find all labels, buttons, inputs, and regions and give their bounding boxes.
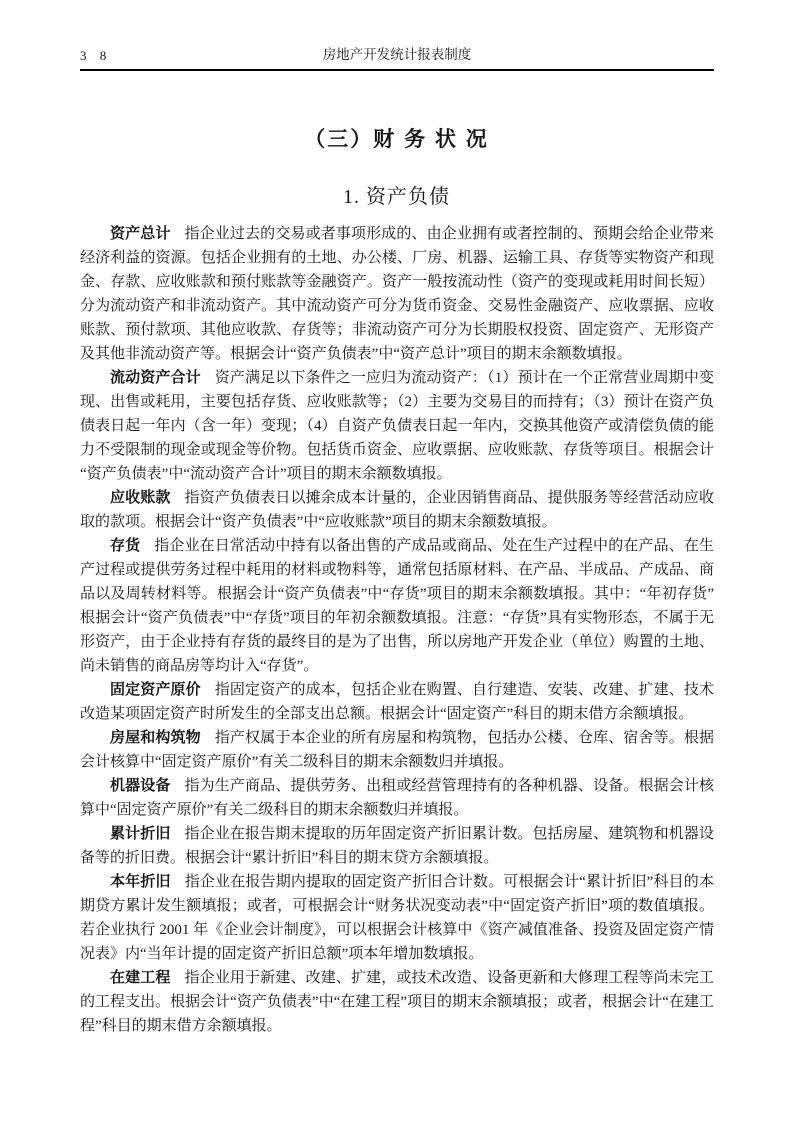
term-label: 固定资产原价 [110, 681, 201, 698]
definition-paragraph: 流动资产合计资产满足以下条件之一应归为流动资产：（1）预计在一个正常营业周期中变… [80, 366, 714, 486]
section-title: （三）财 务 状 况 [0, 123, 793, 153]
term-definition: 指企业在报告期内提取的固定资产折旧合计数。可根据会计“累计折旧”科目的本期贷方累… [80, 874, 714, 962]
header-rule [80, 69, 714, 71]
term-label: 应收账款 [110, 489, 171, 506]
page-number: 3 8 [80, 47, 111, 65]
definition-paragraph: 本年折旧指企业在报告期内提取的固定资产折旧合计数。可根据会计“累计折旧”科目的本… [80, 870, 714, 966]
term-label: 累计折旧 [110, 825, 171, 842]
term-definition: 指企业用于新建、改建、扩建，或技术改造、设备更新和大修理工程等尚未完工的工程支出… [80, 970, 714, 1034]
term-label: 本年折旧 [110, 873, 171, 890]
term-label: 资产总计 [110, 225, 171, 242]
term-definition: 指企业在日常活动中持有以备出售的产成品或商品、处在生产过程中的在产品、在生产过程… [80, 538, 714, 674]
definition-paragraph: 固定资产原价指固定资产的成本，包括企业在购置、自行建造、安装、改建、扩建、技术改… [80, 678, 714, 726]
header-title: 房地产开发统计报表制度 [323, 47, 472, 62]
term-label: 房屋和构筑物 [110, 729, 201, 746]
term-definition: 指资产负债表日以摊余成本计量的，企业因销售商品、提供服务等经营活动应收取的款项。… [80, 490, 714, 530]
term-label: 机器设备 [110, 777, 171, 794]
term-definition: 资产满足以下条件之一应归为流动资产：（1）预计在一个正常营业周期中变现、出售或耗… [80, 370, 714, 482]
definition-paragraph: 机器设备指为生产商品、提供劳务、出租或经营管理持有的各种机器、设备。根据会计核算… [80, 774, 714, 822]
term-label: 存货 [110, 537, 140, 554]
term-label: 流动资产合计 [110, 369, 201, 386]
definition-paragraph: 房屋和构筑物指产权属于本企业的所有房屋和构筑物，包括办公楼、仓库、宿舍等。根据会… [80, 726, 714, 774]
definition-paragraph: 在建工程指企业用于新建、改建、扩建，或技术改造、设备更新和大修理工程等尚未完工的… [80, 966, 714, 1038]
definition-paragraph: 存货指企业在日常活动中持有以备出售的产成品或商品、处在生产过程中的在产品、在生产… [80, 534, 714, 678]
definition-paragraph: 应收账款指资产负债表日以摊余成本计量的，企业因销售商品、提供服务等经营活动应收取… [80, 486, 714, 534]
term-definition: 指为生产商品、提供劳务、出租或经营管理持有的各种机器、设备。根据会计核算中“固定… [80, 778, 714, 818]
term-label: 在建工程 [110, 969, 171, 986]
page-header: 3 8 房地产开发统计报表制度 [80, 46, 714, 66]
definition-paragraph: 累计折旧指企业在报告期末提取的历年固定资产折旧累计数。包括房屋、建筑物和机器设备… [80, 822, 714, 870]
term-definition: 指企业在报告期末提取的历年固定资产折旧累计数。包括房屋、建筑物和机器设备等的折旧… [80, 826, 714, 866]
section-subtitle: 1. 资产负债 [0, 180, 793, 209]
definition-paragraph: 资产总计指企业过去的交易或者事项形成的、由企业拥有或者控制的、预期会给企业带来经… [80, 222, 714, 366]
definitions-body: 资产总计指企业过去的交易或者事项形成的、由企业拥有或者控制的、预期会给企业带来经… [80, 222, 714, 1038]
term-definition: 指企业过去的交易或者事项形成的、由企业拥有或者控制的、预期会给企业带来经济利益的… [80, 226, 714, 362]
document-page: 3 8 房地产开发统计报表制度 （三）财 务 状 况 1. 资产负债 资产总计指… [0, 0, 793, 1122]
